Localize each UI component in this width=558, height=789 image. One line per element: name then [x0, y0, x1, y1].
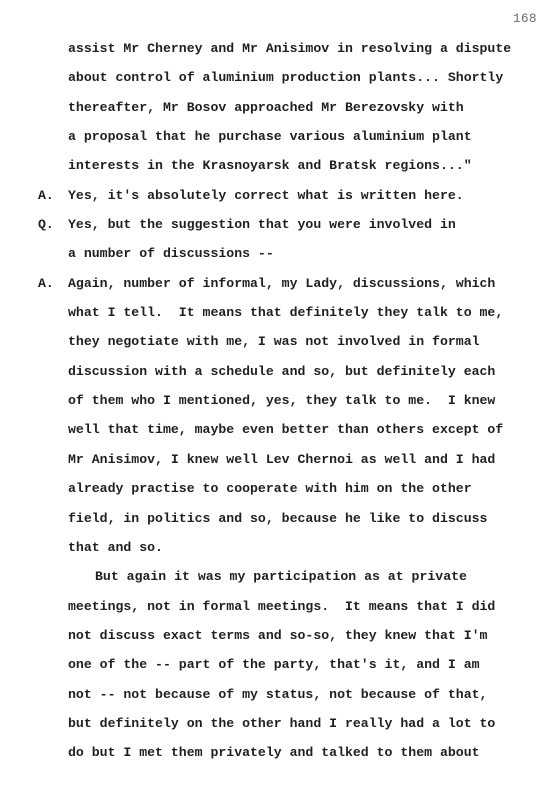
line-text: Yes, but the suggestion that you were in… [68, 210, 456, 239]
speaker-marker [38, 357, 68, 386]
line-text: what I tell. It means that definitely th… [68, 298, 503, 327]
speaker-marker: A. [38, 269, 68, 298]
transcript-line: what I tell. It means that definitely th… [38, 298, 558, 327]
speaker-marker [38, 63, 68, 92]
transcript-line: about control of aluminium production pl… [38, 63, 558, 92]
line-text: meetings, not in formal meetings. It mea… [68, 592, 495, 621]
transcript-line: A. Again, number of informal, my Lady, d… [38, 269, 558, 298]
line-text: they negotiate with me, I was not involv… [68, 327, 480, 356]
transcript-lines: assist Mr Cherney and Mr Anisimov in res… [0, 34, 558, 768]
transcript-line: Mr Anisimov, I knew well Lev Chernoi as … [38, 445, 558, 474]
transcript-line: meetings, not in formal meetings. It mea… [38, 592, 558, 621]
speaker-marker: A. [38, 181, 68, 210]
speaker-marker [38, 504, 68, 533]
line-text: Mr Anisimov, I knew well Lev Chernoi as … [68, 445, 495, 474]
line-text: one of the -- part of the party, that's … [68, 650, 480, 679]
transcript-line: thereafter, Mr Bosov approached Mr Berez… [38, 93, 558, 122]
transcript-line: a number of discussions -- [38, 239, 558, 268]
line-text: but definitely on the other hand I reall… [68, 709, 495, 738]
speaker-marker [38, 386, 68, 415]
speaker-marker [38, 151, 68, 180]
line-text: do but I met them privately and talked t… [68, 738, 480, 767]
transcript-line: a proposal that he purchase various alum… [38, 122, 558, 151]
line-text: assist Mr Cherney and Mr Anisimov in res… [68, 34, 511, 63]
line-text: field, in politics and so, because he li… [68, 504, 487, 533]
line-text: of them who I mentioned, yes, they talk … [68, 386, 495, 415]
line-text: Yes, it's absolutely correct what is wri… [68, 181, 464, 210]
transcript-line: well that time, maybe even better than o… [38, 415, 558, 444]
page-number: 168 [513, 12, 537, 26]
line-text: interests in the Krasnoyarsk and Bratsk … [68, 151, 472, 180]
transcript-line: but definitely on the other hand I reall… [38, 709, 558, 738]
speaker-marker [38, 592, 68, 621]
line-text: that and so. [68, 533, 163, 562]
transcript-line: already practise to cooperate with him o… [38, 474, 558, 503]
transcript-line: not -- not because of my status, not bec… [38, 680, 558, 709]
speaker-marker [38, 738, 68, 767]
line-text: about control of aluminium production pl… [68, 63, 503, 92]
line-text: discussion with a schedule and so, but d… [68, 357, 495, 386]
line-text: not -- not because of my status, not bec… [68, 680, 487, 709]
transcript-line: Q. Yes, but the suggestion that you were… [38, 210, 558, 239]
speaker-marker [38, 474, 68, 503]
speaker-marker [38, 533, 68, 562]
speaker-marker [38, 680, 68, 709]
line-text: a proposal that he purchase various alum… [68, 122, 472, 151]
speaker-marker [38, 650, 68, 679]
line-text: Again, number of informal, my Lady, disc… [68, 269, 495, 298]
speaker-marker [38, 122, 68, 151]
document-page: 168 assist Mr Cherney and Mr Anisimov in… [0, 0, 558, 789]
speaker-marker [38, 621, 68, 650]
transcript-line: one of the -- part of the party, that's … [38, 650, 558, 679]
transcript-line: field, in politics and so, because he li… [38, 504, 558, 533]
transcript-line: of them who I mentioned, yes, they talk … [38, 386, 558, 415]
transcript-line: that and so. [38, 533, 558, 562]
speaker-marker [38, 34, 68, 63]
speaker-marker [38, 327, 68, 356]
line-text: well that time, maybe even better than o… [68, 415, 503, 444]
speaker-marker [38, 93, 68, 122]
transcript-line: A. Yes, it's absolutely correct what is … [38, 181, 558, 210]
speaker-marker [38, 709, 68, 738]
transcript-line: But again it was my participation as at … [38, 562, 558, 591]
line-text: thereafter, Mr Bosov approached Mr Berez… [68, 93, 464, 122]
line-text: not discuss exact terms and so-so, they … [68, 621, 487, 650]
speaker-marker [38, 298, 68, 327]
transcript-line: they negotiate with me, I was not involv… [38, 327, 558, 356]
transcript-line: not discuss exact terms and so-so, they … [38, 621, 558, 650]
line-text: already practise to cooperate with him o… [68, 474, 472, 503]
transcript-line: discussion with a schedule and so, but d… [38, 357, 558, 386]
transcript-line: interests in the Krasnoyarsk and Bratsk … [38, 151, 558, 180]
line-text: But again it was my participation as at … [68, 562, 467, 591]
line-text: a number of discussions -- [68, 239, 274, 268]
transcript-line: assist Mr Cherney and Mr Anisimov in res… [38, 34, 558, 63]
speaker-marker [38, 562, 68, 591]
transcript-line: do but I met them privately and talked t… [38, 738, 558, 767]
speaker-marker [38, 239, 68, 268]
speaker-marker: Q. [38, 210, 68, 239]
speaker-marker [38, 445, 68, 474]
speaker-marker [38, 415, 68, 444]
